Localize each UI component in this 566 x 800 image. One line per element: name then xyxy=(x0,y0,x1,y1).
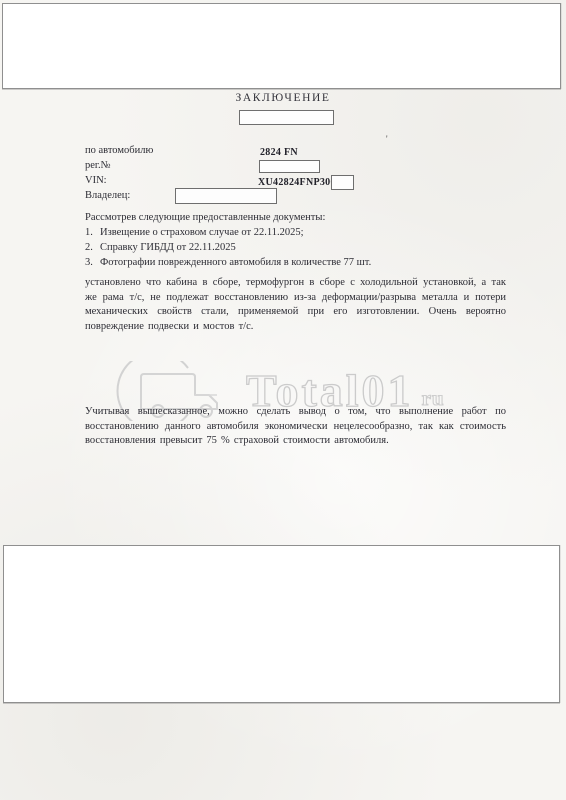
list-item-number: 1. xyxy=(85,227,100,238)
list-item-number: 2. xyxy=(85,242,100,253)
findings-paragraph: установлено что кабина в сборе, термофур… xyxy=(85,276,506,335)
list-item-text: Справку ГИБДД от 22.11.2025 xyxy=(100,242,236,253)
scanned-document-page: { "page": { "title": "ЗАКЛЮЧЕНИЕ", "arti… xyxy=(0,0,566,800)
owner-label: Владелец: xyxy=(85,190,130,201)
list-item: 3.Фотографии поврежденного автомобиля в … xyxy=(85,257,371,268)
list-item: 1.Извещение о страховом случае от 22.11.… xyxy=(85,227,304,238)
list-item-text: Извещение о страховом случае от 22.11.20… xyxy=(100,227,304,238)
list-item-text: Фотографии поврежденного автомобиля в ко… xyxy=(100,257,371,268)
vehicle-label: по автомобилю xyxy=(85,145,153,156)
vehicle-number-value: 2824 FN xyxy=(260,147,298,158)
title-number-box xyxy=(239,110,334,125)
document-title: ЗАКЛЮЧЕНИЕ xyxy=(0,92,566,104)
bottom-empty-box xyxy=(3,545,560,703)
scan-artifact-mark: ' xyxy=(386,134,388,144)
owner-box xyxy=(175,188,277,204)
vin-label: VIN: xyxy=(85,175,107,186)
list-item: 2.Справку ГИБДД от 22.11.2025 xyxy=(85,242,236,253)
reg-number-label: рег.№ xyxy=(85,160,111,171)
conclusion-paragraph: Учитывая вышесказанное, можно сделать вы… xyxy=(85,405,506,449)
reg-number-box xyxy=(259,160,320,173)
vin-suffix-box xyxy=(331,175,354,190)
top-empty-box xyxy=(2,3,561,89)
list-item-number: 3. xyxy=(85,257,100,268)
vin-value: XU42824FNP300 xyxy=(258,177,336,188)
documents-intro: Рассмотрев следующие предоставленные док… xyxy=(85,212,325,223)
